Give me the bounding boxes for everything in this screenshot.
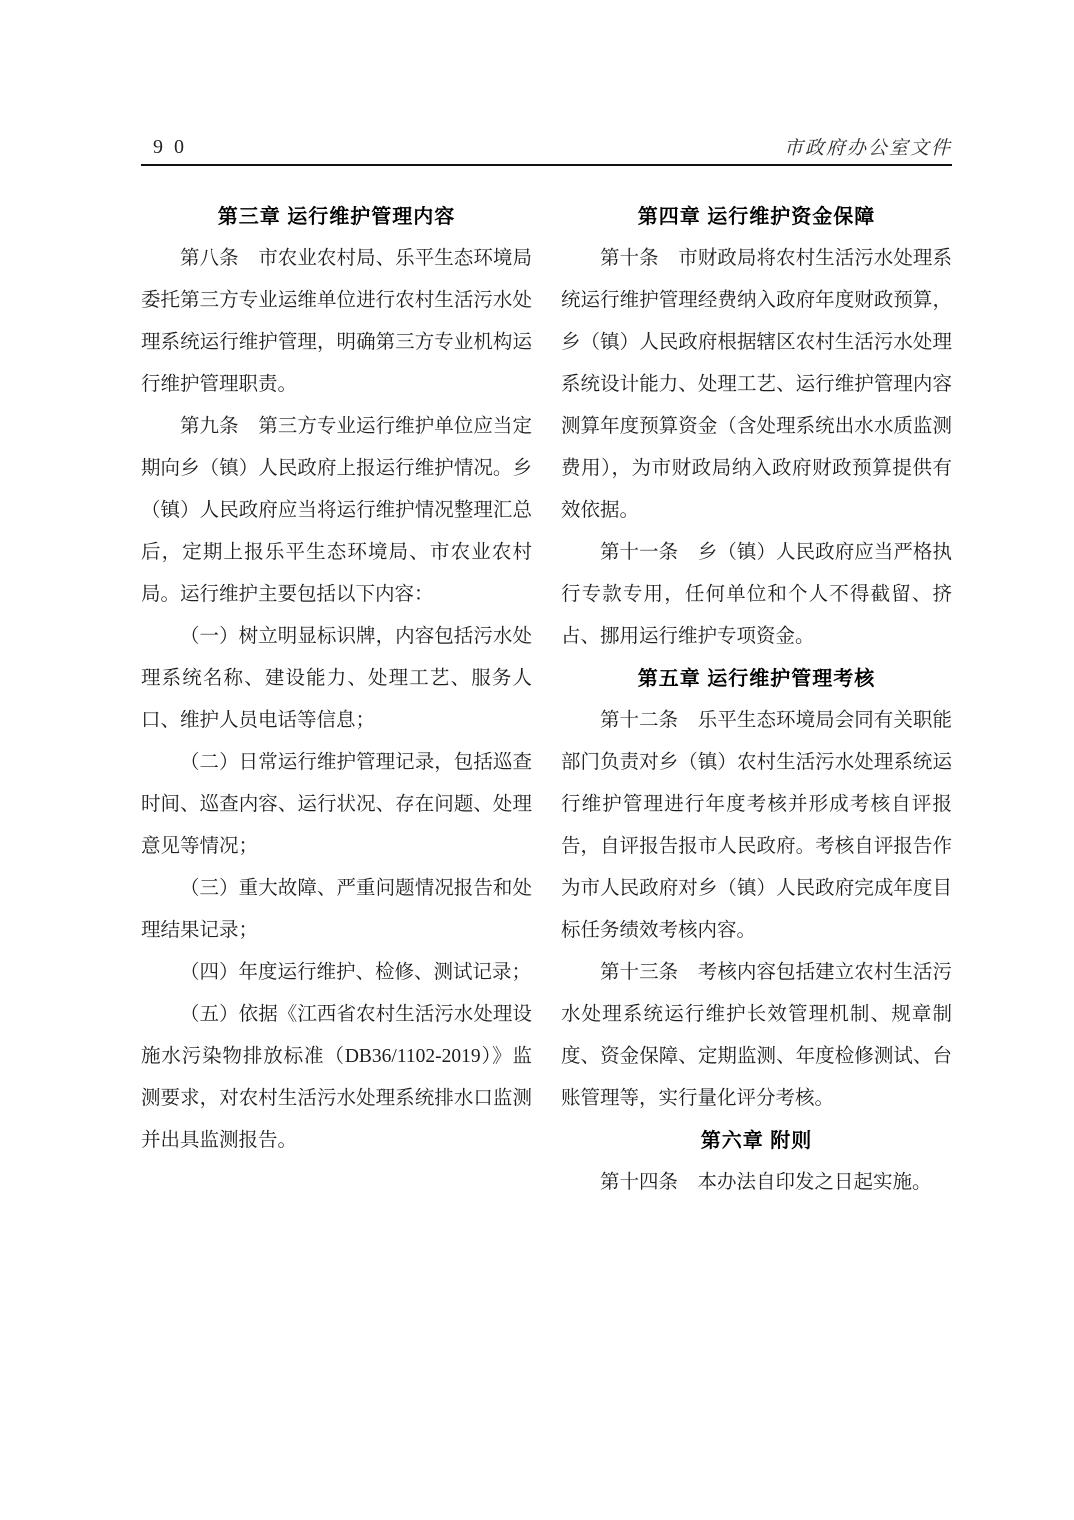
paragraph: 第十一条 乡（镇）人民政府应当严格执行专款专用，任何单位和个人不得截留、挤占、挪…	[561, 532, 952, 658]
document-page: 9 0 市政府办公室文件 第三章 运行维护管理内容第八条 市农业农村局、乐平生态…	[0, 0, 1074, 1520]
chapter-heading: 第四章 运行维护资金保障	[561, 196, 952, 238]
chapter-heading: 第六章 附则	[561, 1120, 952, 1162]
left-column: 第三章 运行维护管理内容第八条 市农业农村局、乐平生态环境局委托第三方专业运维单…	[141, 196, 532, 1204]
page-number: 9 0	[153, 136, 187, 159]
paragraph: 第十二条 乐平生态环境局会同有关职能部门负责对乡（镇）农村生活污水处理系统运行维…	[561, 700, 952, 952]
chapter-heading: 第五章 运行维护管理考核	[561, 658, 952, 700]
paragraph: 第十四条 本办法自印发之日起实施。	[561, 1162, 952, 1204]
right-column: 第四章 运行维护资金保障第十条 市财政局将农村生活污水处理系统运行维护管理经费纳…	[561, 196, 952, 1204]
paragraph: 第八条 市农业农村局、乐平生态环境局委托第三方专业运维单位进行农村生活污水处理系…	[141, 238, 532, 406]
paragraph: （三）重大故障、严重问题情况报告和处理结果记录；	[141, 868, 532, 952]
paragraph: 第九条 第三方专业运行维护单位应当定期向乡（镇）人民政府上报运行维护情况。乡（镇…	[141, 406, 532, 616]
paragraph: 第十条 市财政局将农村生活污水处理系统运行维护管理经费纳入政府年度财政预算，乡（…	[561, 238, 952, 532]
header-title: 市政府办公室文件	[784, 133, 952, 160]
header-rule	[141, 164, 952, 166]
paragraph: （二）日常运行维护管理记录，包括巡查时间、巡查内容、运行状况、存在问题、处理意见…	[141, 742, 532, 868]
text-columns: 第三章 运行维护管理内容第八条 市农业农村局、乐平生态环境局委托第三方专业运维单…	[141, 196, 952, 1204]
paragraph: （四）年度运行维护、检修、测试记录；	[141, 952, 532, 994]
paragraph: （五）依据《江西省农村生活污水处理设施水污染物排放标准（DB36/1102-20…	[141, 994, 532, 1162]
chapter-heading: 第三章 运行维护管理内容	[141, 196, 532, 238]
paragraph: 第十三条 考核内容包括建立农村生活污水处理系统运行维护长效管理机制、规章制度、资…	[561, 952, 952, 1120]
paragraph: （一）树立明显标识牌，内容包括污水处理系统名称、建设能力、处理工艺、服务人口、维…	[141, 616, 532, 742]
